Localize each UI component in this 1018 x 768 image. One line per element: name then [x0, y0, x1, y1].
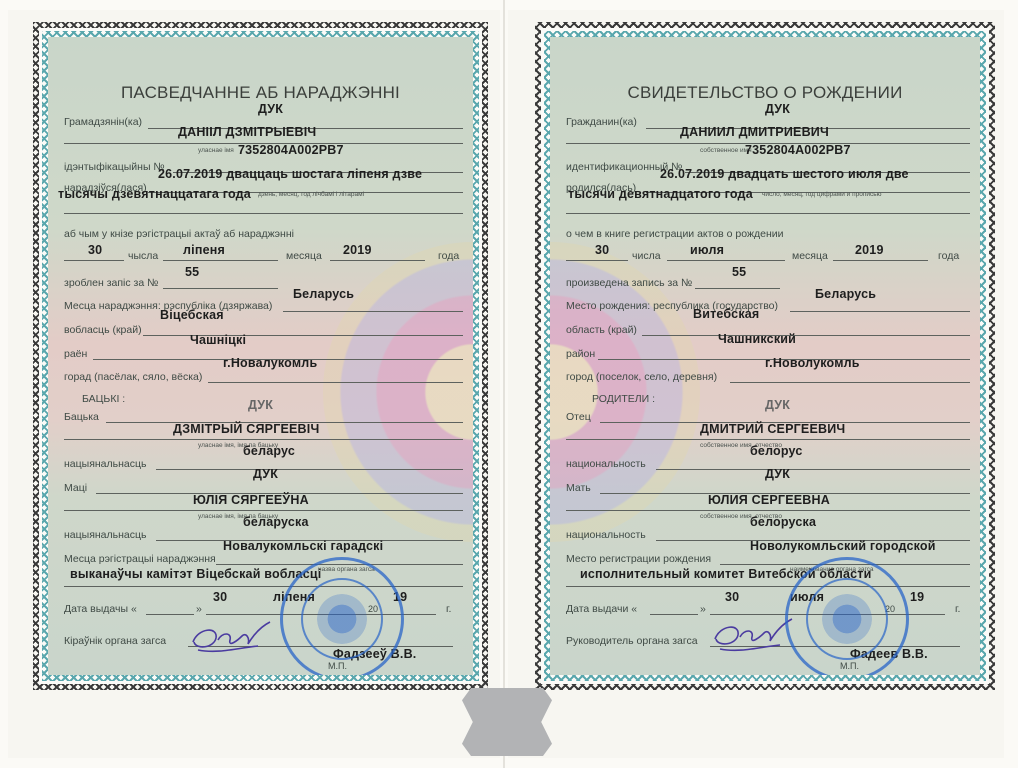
reg-place-line1: Новалукомльскі гарадскі — [223, 539, 383, 553]
mother-nationality-value: беларуска — [243, 515, 309, 529]
reg-month-value: ліпеня — [183, 243, 225, 257]
mother-surname-value: ДУК — [765, 467, 790, 481]
field-line — [833, 260, 928, 261]
given-names-value: ДАНИИЛ ДМИТРИЕВИЧ — [680, 125, 829, 139]
district-value: Чашніцкі — [190, 333, 246, 347]
field-line — [566, 260, 628, 261]
region-value: Витебская — [693, 307, 759, 321]
city-label: горад (пасёлак, сяло, вёска) — [64, 371, 202, 383]
field-line — [330, 260, 425, 261]
field-line — [650, 614, 698, 615]
mother-surname-value: ДУК — [253, 467, 278, 481]
district-label: раён — [64, 348, 87, 360]
mother-label: Мать — [566, 482, 591, 494]
issue-day-value: 30 — [725, 590, 739, 604]
birth-date-line1: 26.07.2019 дваццаць шостага ліпеня дзве — [158, 167, 422, 181]
certificate-title: СВИДЕТЕЛЬСТВО О РОЖДЕНИИ — [550, 83, 980, 103]
record-label: зроблен запіс за № — [64, 277, 158, 289]
field-line — [566, 213, 970, 214]
issue-year-value: 19 — [910, 590, 924, 604]
mother-names-value: ЮЛИЯ СЕРГЕЕВНА — [708, 493, 830, 507]
hint-own-name: уласнае імя — [198, 147, 234, 154]
surname-value: ДУК — [765, 102, 790, 116]
issue-quote-close: » — [700, 603, 706, 615]
id-label: ідэнтыфікацыйны № — [64, 161, 165, 173]
district-label: район — [566, 348, 595, 360]
field-line — [283, 311, 463, 312]
day-label: чысла — [128, 250, 158, 262]
field-line — [64, 439, 463, 440]
reg-day-value: 30 — [88, 243, 102, 257]
reg-month-value: июля — [690, 243, 724, 257]
field-line — [667, 260, 785, 261]
signature — [188, 620, 278, 658]
father-names-value: ДМИТРИЙ СЕРГЕЕВИЧ — [700, 422, 845, 436]
given-names-value: ДАНІІЛ ДЗМІТРЫЕВІЧ — [178, 125, 316, 139]
field-line — [695, 288, 780, 289]
birth-certificate-belarusian: ПАСВЕДЧАННЕ АБ НАРАДЖЭННІ ДУК Грамадзяні… — [33, 22, 488, 690]
certificate-body: СВИДЕТЕЛЬСТВО О РОЖДЕНИИ ДУК Гражданин(к… — [550, 37, 980, 675]
region-value: Віцебская — [160, 308, 224, 322]
mother-names-value: ЮЛІЯ СЯРГЕЕЎНА — [193, 493, 309, 507]
issue-day-value: 30 — [213, 590, 227, 604]
father-surname-value: ДУК — [248, 398, 273, 412]
birth-certificate-russian: СВИДЕТЕЛЬСТВО О РОЖДЕНИИ ДУК Гражданин(к… — [535, 22, 995, 690]
field-line — [146, 614, 194, 615]
year-label: года — [438, 250, 459, 262]
field-line — [566, 586, 970, 587]
parents-heading: РОДИТЕЛИ : — [592, 393, 655, 405]
hint-date: число, месяц, год цифрами и прописью — [762, 191, 882, 198]
mother-nationality-value: белоруска — [750, 515, 816, 529]
mother-nationality-label: национальность — [566, 529, 646, 541]
country-value: Беларусь — [293, 287, 354, 301]
issue-quote-close: » — [196, 603, 202, 615]
district-value: Чашникский — [718, 332, 796, 346]
reg-place-label: Место регистрации рождения — [566, 553, 711, 565]
city-label: город (поселок, село, деревня) — [566, 371, 717, 383]
father-surname-value: ДУК — [765, 398, 790, 412]
reg-year-value: 2019 — [343, 243, 372, 257]
reg-place-line2: выканаўчы камітэт Віцебскай вобласці — [70, 567, 321, 581]
reg-place-line1: Новолукомльский городской — [750, 539, 936, 553]
birth-date-line2: тысячи девятнадцатого года — [568, 187, 753, 201]
binding-clip-emblem — [462, 688, 552, 756]
field-line — [656, 469, 970, 470]
record-number-value: 55 — [732, 265, 746, 279]
reg-year-value: 2019 — [855, 243, 884, 257]
issue-label: Дата выдачы « — [64, 603, 137, 615]
hint-own-name: собственное имя — [700, 147, 752, 154]
father-nationality-value: беларус — [243, 444, 295, 458]
citizen-label: Гражданин(ка) — [566, 116, 637, 128]
city-value: г.Новалукомль — [223, 356, 317, 370]
mother-nationality-label: нацыянальнасць — [64, 529, 147, 541]
father-nationality-value: белорус — [750, 444, 803, 458]
record-label: произведена запись за № — [566, 277, 692, 289]
parents-heading: БАЦЬКІ : — [82, 393, 125, 405]
field-line — [64, 260, 124, 261]
surname-value: ДУК — [258, 102, 283, 116]
reg-day-value: 30 — [595, 243, 609, 257]
official-stamp — [280, 557, 404, 675]
year-label: года — [938, 250, 959, 262]
registry-label: о чем в книге регистрации актов о рожден… — [566, 228, 784, 240]
field-line — [64, 510, 463, 511]
fold-crease — [503, 0, 505, 768]
birth-date-line2: тысячы дзевятнаццатага года — [58, 187, 251, 201]
country-value: Беларусь — [815, 287, 876, 301]
registry-label: аб чым у кнізе рэгістрацыі актаў аб нара… — [64, 228, 294, 240]
day-label: числа — [632, 250, 661, 262]
issue-year-suffix: г. — [446, 603, 451, 615]
issue-label: Дата выдачи « — [566, 603, 637, 615]
father-label: Бацька — [64, 411, 99, 423]
father-nationality-label: нацыянальнасць — [64, 458, 147, 470]
father-names-value: ДЗМІТРЫЙ СЯРГЕЕВІЧ — [173, 422, 319, 436]
field-line — [566, 510, 970, 511]
mother-label: Маці — [64, 482, 87, 494]
month-label: месяца — [792, 250, 828, 262]
field-line — [790, 311, 970, 312]
field-line — [163, 260, 278, 261]
field-line — [730, 382, 970, 383]
field-line — [64, 213, 463, 214]
head-label: Кіраўнік органа загса — [64, 635, 166, 647]
reg-place-label: Месца рэгістрацыі нараджэння — [64, 553, 216, 565]
city-value: г.Новолукомль — [765, 356, 860, 370]
field-line — [566, 439, 970, 440]
father-nationality-label: национальность — [566, 458, 646, 470]
field-line — [208, 382, 463, 383]
certificate-body: ПАСВЕДЧАННЕ АБ НАРАДЖЭННІ ДУК Грамадзяні… — [48, 37, 473, 675]
month-label: месяца — [286, 250, 322, 262]
field-line — [156, 469, 463, 470]
father-label: Отец — [566, 411, 591, 423]
id-number-value: 7352804A002PB7 — [745, 143, 851, 157]
region-label: вобласць (край) — [64, 324, 142, 336]
field-line — [642, 335, 970, 336]
certificate-title: ПАСВЕДЧАННЕ АБ НАРАДЖЭННІ — [48, 83, 473, 103]
citizen-label: Грамадзянін(ка) — [64, 116, 142, 128]
hint-date: дзень, месяц, год лічбамі і літарамі — [258, 191, 364, 198]
field-line — [64, 586, 463, 587]
region-label: область (край) — [566, 324, 637, 336]
id-number-value: 7352804A002PB7 — [238, 143, 344, 157]
official-stamp — [785, 557, 909, 675]
birth-date-line1: 26.07.2019 двадцать шестого июля две — [660, 167, 909, 181]
field-line — [163, 288, 278, 289]
head-label: Руководитель органа загса — [566, 635, 698, 647]
issue-year-suffix: г. — [955, 603, 960, 615]
record-number-value: 55 — [185, 265, 199, 279]
